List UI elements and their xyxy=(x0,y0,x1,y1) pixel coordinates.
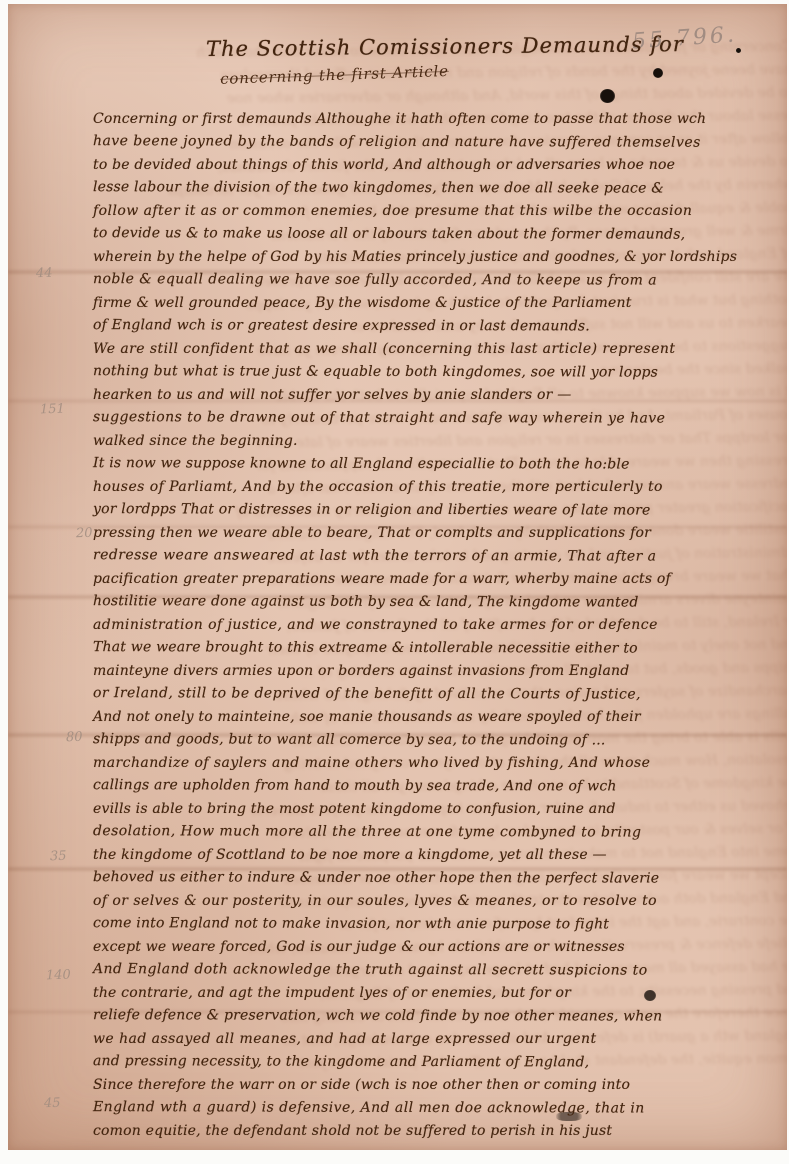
manuscript-line: lesse labour the division of the two kin… xyxy=(93,176,787,201)
manuscript-line: reliefe defence & preservation, wch we c… xyxy=(93,1004,787,1029)
manuscript-line: nothing but what is true just & equable … xyxy=(93,360,787,385)
manuscript-line: of England wch is or greatest desire exp… xyxy=(93,314,787,339)
manuscript-line: Concerning or first demaunds Althoughe i… xyxy=(93,108,787,131)
manuscript-line: callings are upholden from hand to mouth… xyxy=(93,774,787,799)
manuscript-line: noble & equall dealing we have soe fully… xyxy=(93,268,787,293)
margin-number: 45 xyxy=(44,1096,61,1112)
margin-number: 140 xyxy=(46,968,71,984)
manuscript-line: or Ireland, still to be deprived of the … xyxy=(93,682,787,707)
manuscript-line: And England doth acknowledge the truth a… xyxy=(93,958,787,983)
manuscript-line: comon equitie, the defendant shold not b… xyxy=(93,1120,787,1143)
manuscript-line: shipps and goods, but to want all comerc… xyxy=(93,728,787,753)
manuscript-line: And not onely to mainteine, soe manie th… xyxy=(93,706,787,729)
manuscript-page: Concerning or first demaunds Althoughe i… xyxy=(8,4,787,1150)
title-block: The Scottish Comissioners Demaunds for c… xyxy=(8,34,787,78)
margin-number: 80 xyxy=(66,730,83,746)
ink-blot xyxy=(736,48,741,53)
manuscript-scan: Concerning or first demaunds Althoughe i… xyxy=(0,0,789,1164)
manuscript-line: evills is able to bring the most potent … xyxy=(93,798,787,821)
manuscript-line: England wth a guard) is defensive, And a… xyxy=(93,1096,787,1121)
manuscript-line: except we weare forced, God is our judge… xyxy=(93,936,787,959)
manuscript-line: pacification greater preparations weare … xyxy=(93,568,787,591)
manuscript-line: pressing then we weare able to beare, Th… xyxy=(93,522,787,545)
manuscript-line: Since therefore the warr on or side (wch… xyxy=(93,1074,787,1097)
manuscript-line: administration of justice, and we constr… xyxy=(93,614,787,637)
manuscript-line: We are still confident that as we shall … xyxy=(93,338,787,361)
margin-number: 20 xyxy=(76,526,93,542)
manuscript-line: wherein by the helpe of God by his Matie… xyxy=(93,246,787,269)
manuscript-line: desolation, How much more all the three … xyxy=(93,820,787,845)
manuscript-line: marchandize of saylers and maine others … xyxy=(93,752,787,775)
manuscript-line: to be devided about things of this world… xyxy=(93,154,787,177)
manuscript-line: suggestions to be drawne out of that str… xyxy=(93,406,787,431)
manuscript-line: firme & well grounded peace, By the wisd… xyxy=(93,292,787,315)
manuscript-line: mainteyne divers armies upon or borders … xyxy=(93,660,787,683)
manuscript-line: the kingdome of Scottland to be noe more… xyxy=(93,844,787,867)
manuscript-line: the contrarie, and agt the impudent lyes… xyxy=(93,982,787,1005)
manuscript-line: yor lordpps That or distresses in or rel… xyxy=(93,498,787,523)
manuscript-line: hostilitie weare done against us both by… xyxy=(93,590,787,615)
margin-number: 35 xyxy=(50,849,67,865)
margin-number: 151 xyxy=(40,402,65,418)
manuscript-line: of or selves & our posterity, in our sou… xyxy=(93,890,787,913)
manuscript-line: follow after it as or common enemies, do… xyxy=(93,200,787,223)
manuscript-line: walked since the beginning. xyxy=(93,430,787,453)
manuscript-line: houses of Parliamt, And by the occasion … xyxy=(93,476,787,499)
manuscript-line: come into England not to make invasion, … xyxy=(93,912,787,937)
manuscript-line: It is now we suppose knowne to all Engla… xyxy=(93,452,787,477)
manuscript-body: Concerning or first demaunds Althoughe i… xyxy=(93,108,787,1143)
manuscript-line: and pressing necessity, to the kingdome … xyxy=(93,1050,787,1075)
manuscript-line: have beene joyned by the bands of religi… xyxy=(93,130,787,155)
manuscript-line: That we weare brought to this extreame &… xyxy=(93,636,787,661)
manuscript-line: we had assayed all meanes, and had at la… xyxy=(93,1028,787,1051)
manuscript-line: hearken to us and will not suffer yor se… xyxy=(93,384,787,407)
margin-number: 44 xyxy=(36,266,53,282)
manuscript-line: behoved us either to indure & under noe … xyxy=(93,866,787,891)
ink-blot xyxy=(653,68,663,78)
ink-blot xyxy=(600,89,615,103)
manuscript-line: redresse weare answeared at last wth the… xyxy=(93,544,787,569)
manuscript-line: to devide us & to make us loose all or l… xyxy=(93,222,787,247)
